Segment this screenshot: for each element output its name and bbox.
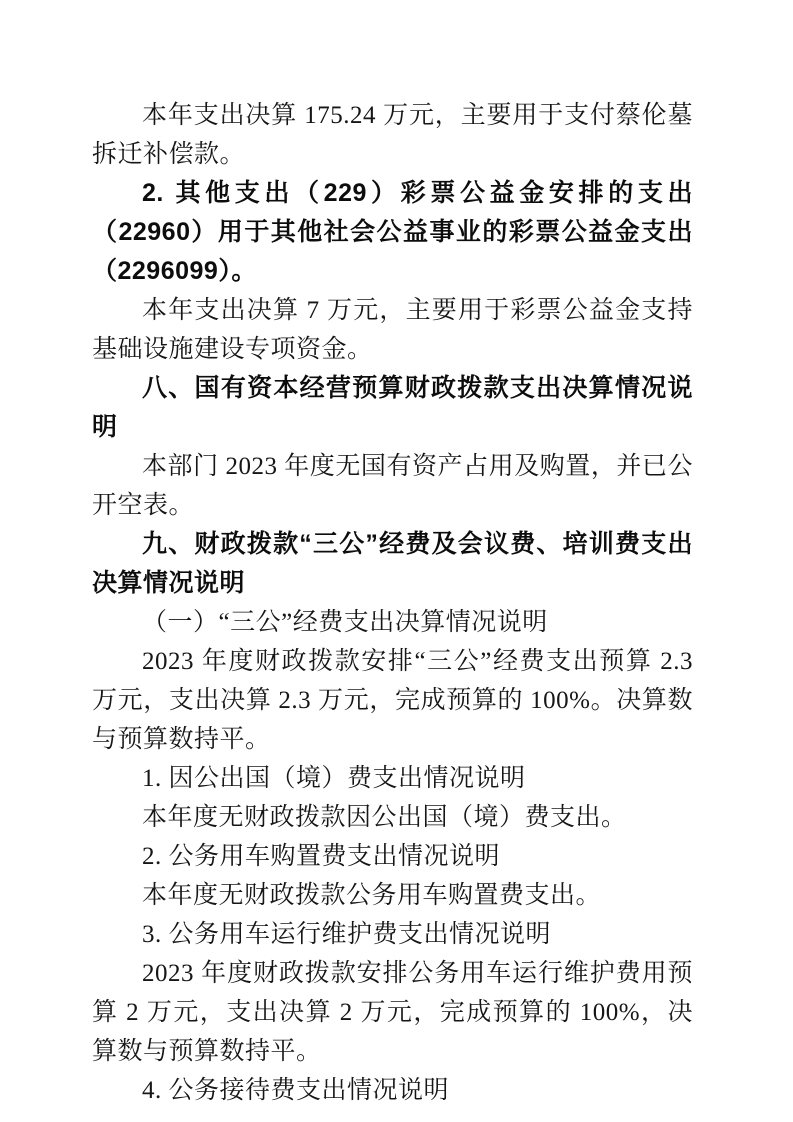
paragraph-item-3-title: 3. 公务用车运行维护费支出情况说明	[92, 915, 693, 954]
paragraph-item-2-body: 本年度无财政拨款公务用车购置费支出。	[92, 876, 693, 915]
paragraph-sub-1-title: （一）“三公”经费支出决算情况说明	[92, 603, 693, 642]
paragraph-item-3-body: 2023 年度财政拨款安排公务用车运行维护费用预算 2 万元，支出决算 2 万元…	[92, 954, 693, 1071]
heading-section-8-state-capital: 八、国有资本经营预算财政拨款支出决算情况说明	[92, 369, 693, 447]
heading-section-9-three-public: 九、财政拨款“三公”经费及会议费、培训费支出决算情况说明	[92, 525, 693, 603]
paragraph-expenditure-175: 本年支出决算 175.24 万元，主要用于支付蔡伦墓拆迁补偿款。	[92, 96, 693, 174]
document-body: 本年支出决算 175.24 万元，主要用于支付蔡伦墓拆迁补偿款。 2. 其他支出…	[92, 96, 693, 1110]
paragraph-expenditure-7: 本年支出决算 7 万元，主要用于彩票公益金支持基础设施建设专项资金。	[92, 291, 693, 369]
paragraph-three-public-summary: 2023 年度财政拨款安排“三公”经费支出预算 2.3 万元，支出决算 2.3 …	[92, 642, 693, 759]
paragraph-section-8-body: 本部门 2023 年度无国有资产占用及购置，并已公开空表。	[92, 447, 693, 525]
document-page: 本年支出决算 175.24 万元，主要用于支付蔡伦墓拆迁补偿款。 2. 其他支出…	[0, 0, 793, 1122]
paragraph-item-2-title: 2. 公务用车购置费支出情况说明	[92, 837, 693, 876]
heading-other-expenditure-lottery: 2. 其他支出（229）彩票公益金安排的支出（22960）用于其他社会公益事业的…	[92, 174, 693, 291]
paragraph-item-4-title: 4. 公务接待费支出情况说明	[92, 1071, 693, 1110]
paragraph-item-1-title: 1. 因公出国（境）费支出情况说明	[92, 759, 693, 798]
paragraph-item-1-body: 本年度无财政拨款因公出国（境）费支出。	[92, 798, 693, 837]
